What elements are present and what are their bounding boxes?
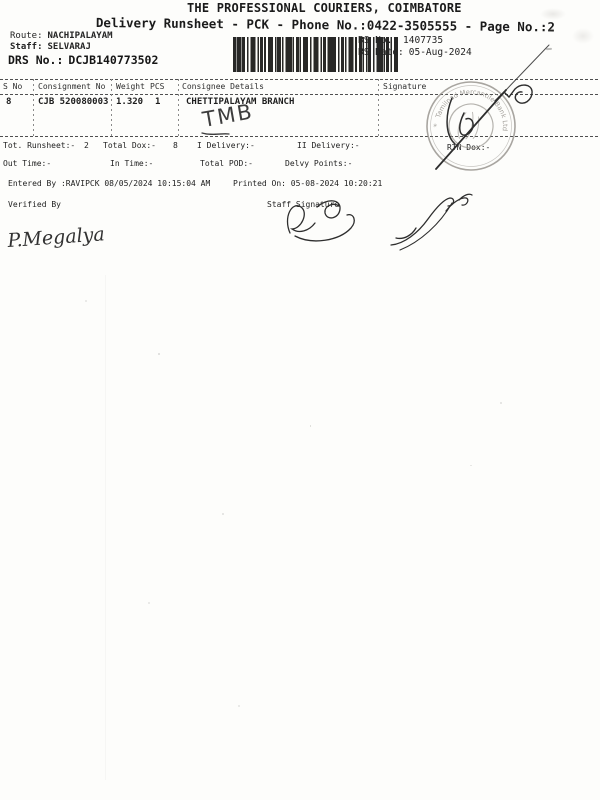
total-pod-label: Total POD:- — [200, 160, 253, 169]
printed-on-line: Printed On: 05-08-2024 10:20:21 — [233, 180, 382, 189]
header-consignee-details: Consignee Details — [182, 83, 264, 92]
scan-speck — [310, 425, 311, 427]
total-dox-label: Total Dox:- — [103, 142, 156, 151]
header-consignment-no: Consignment No — [38, 83, 105, 92]
stamp-star-mark: ✳ — [432, 121, 439, 130]
rs-no-value: 1407735 — [403, 35, 443, 46]
drs-line: DRS No.:DCJB140773502 — [8, 54, 158, 67]
courier-signature-scribble — [391, 194, 472, 250]
scan-smudge — [572, 28, 594, 44]
stamp-signature-stroke — [447, 98, 455, 144]
header-s-no: S No — [3, 83, 22, 92]
i-delivery-label: I Delivery:- — [197, 142, 255, 151]
header-weight: Weight — [116, 83, 145, 92]
ii-delivery-label: II Delivery:- — [297, 142, 360, 151]
scan-speck — [470, 465, 472, 466]
delvy-points-label: Delvy Points:- — [285, 160, 352, 169]
rs-no-line: RS No.:1407735 — [358, 36, 443, 46]
scan-speck — [85, 300, 87, 302]
staff-value: SELVARAJ — [48, 42, 91, 52]
row-s-no: 8 — [6, 98, 11, 108]
route-value: NACHIPALAYAM — [48, 31, 113, 41]
scanned-delivery-runsheet: THE PROFESSIONAL COURIERS, COIMBATORE De… — [0, 0, 600, 800]
drs-value: DCJB140773502 — [68, 53, 158, 67]
rs-no-label: RS No.: — [358, 35, 398, 46]
verified-by-label: Verified By — [8, 201, 61, 210]
in-time-label: In Time:- — [110, 160, 153, 169]
scan-speck — [238, 705, 240, 707]
row-consignment-no: CJB 520080003 — [38, 98, 108, 108]
company-title: THE PROFESSIONAL COURIERS, COIMBATORE — [187, 2, 462, 15]
entered-by-line: Entered By :RAVIPCK 08/05/2024 10:15:04 … — [8, 180, 210, 189]
stamp-ring-text: Tamilnad Mercantile Bank Ltd — [434, 80, 517, 136]
col-divider — [111, 79, 112, 137]
col-divider — [378, 79, 379, 137]
rs-date-value: 05-Aug-2024 — [409, 47, 472, 58]
col-divider — [178, 79, 179, 137]
tot-runsheet-value: 2 — [84, 142, 89, 151]
out-time-label: Out Time:- — [3, 160, 51, 169]
verified-by-signature: P.Megalya — [6, 223, 106, 252]
scan-speck — [148, 602, 150, 604]
scan-speck — [500, 402, 502, 404]
runsheet-subtitle: Delivery Runsheet - PCK - Phone No.:0422… — [96, 16, 555, 34]
table-rule-bottom — [0, 136, 600, 137]
bank-stamp: Tamilnad Mercantile Bank Ltd ✳ — [418, 73, 525, 180]
route-line: Route:NACHIPALAYAM — [10, 32, 113, 42]
table-rule-header — [0, 94, 600, 95]
tot-runsheet-label: Tot. Runsheet:- — [3, 142, 75, 151]
staff-signature-label: Staff Signature — [267, 201, 339, 210]
scan-speck — [158, 353, 160, 355]
header-signature: Signature — [383, 83, 426, 92]
route-label: Route: — [10, 31, 43, 41]
rtn-dox-label: RTN Dox:- — [447, 144, 490, 153]
staff-label: Staff: — [10, 42, 43, 52]
col-divider — [33, 79, 34, 137]
scan-mark — [546, 48, 552, 51]
table-rule-top — [0, 79, 600, 80]
row-weight: 1.320 — [116, 98, 143, 108]
rs-date-label: RS Date: — [358, 47, 404, 58]
staff-line: Staff:SELVARAJ — [10, 43, 91, 53]
ink-overlay: Tamilnad Mercantile Bank Ltd ✳ TMB P.Meg… — [0, 0, 600, 800]
tmb-underline — [202, 133, 229, 134]
scan-speck — [222, 513, 224, 515]
pen-diagonal-stroke-thin — [506, 45, 549, 90]
header-pcs: PCS — [150, 83, 164, 92]
pen-diagonal-stroke — [436, 90, 506, 169]
svg-text:Tamilnad Mercantile Bank Ltd: Tamilnad Mercantile Bank Ltd — [434, 80, 517, 136]
drs-label: DRS No.: — [8, 53, 63, 67]
stamp-inner-text-squiggle — [456, 110, 481, 143]
total-dox-value: 8 — [173, 142, 178, 151]
scan-smudge — [540, 8, 566, 20]
stamp-signature-curl — [460, 113, 473, 135]
rs-date-line: RS Date:05-Aug-2024 — [358, 48, 472, 58]
row-consignee: CHETTIPALAYAM BRANCH — [186, 98, 294, 108]
row-pcs: 1 — [155, 98, 160, 108]
paper-fold-line — [105, 275, 106, 780]
